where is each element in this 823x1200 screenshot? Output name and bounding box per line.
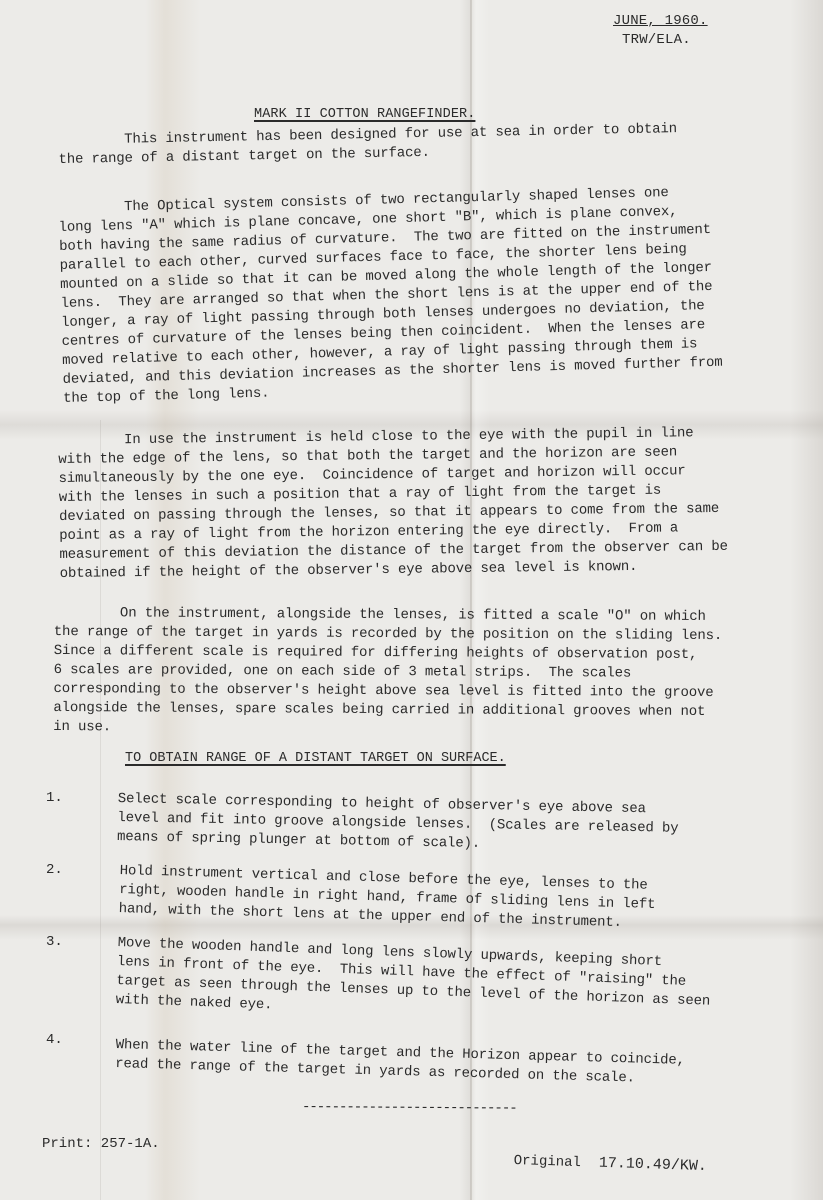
step-number: 3. — [46, 934, 63, 950]
paragraph-scales: On the instrument, alongside the lenses,… — [53, 604, 794, 742]
document-title: MARK II COTTON RANGEFINDER. — [254, 107, 475, 122]
paragraph-optical-system: The Optical system consists of two recta… — [58, 181, 803, 409]
step-text: Hold instrument vertical and close befor… — [118, 862, 656, 934]
document-reference: TRW/ELA. — [612, 31, 708, 50]
paragraph-intro: This instrument has been designed for us… — [58, 118, 799, 170]
print-reference: Print: 257-1A. — [42, 1136, 160, 1152]
original-reference: Original17.10.49/KW. — [513, 1152, 707, 1175]
step-number: 1. — [46, 790, 63, 806]
paragraph-usage: In use the instrument is held close to t… — [58, 423, 800, 584]
step-number: 4. — [46, 1032, 63, 1048]
step-number: 2. — [46, 862, 63, 878]
section-heading: TO OBTAIN RANGE OF A DISTANT TARGET ON S… — [125, 751, 506, 766]
document-header: JUNE, 1960. TRW/ELA. — [612, 12, 708, 50]
document-date: JUNE, 1960. — [612, 12, 708, 31]
dashed-divider: ----------------------------- — [302, 1099, 517, 1116]
step-text: When the water line of the target and th… — [115, 1036, 685, 1090]
step-text: Select scale corresponding to height of … — [117, 790, 679, 858]
step-text: Move the wooden handle and long lens slo… — [115, 934, 711, 1031]
original-ref-code: 17.10.49/KW. — [599, 1155, 708, 1175]
original-label: Original — [513, 1153, 581, 1171]
typed-document-page: JUNE, 1960. TRW/ELA. MARK II COTTON RANG… — [0, 0, 823, 1200]
